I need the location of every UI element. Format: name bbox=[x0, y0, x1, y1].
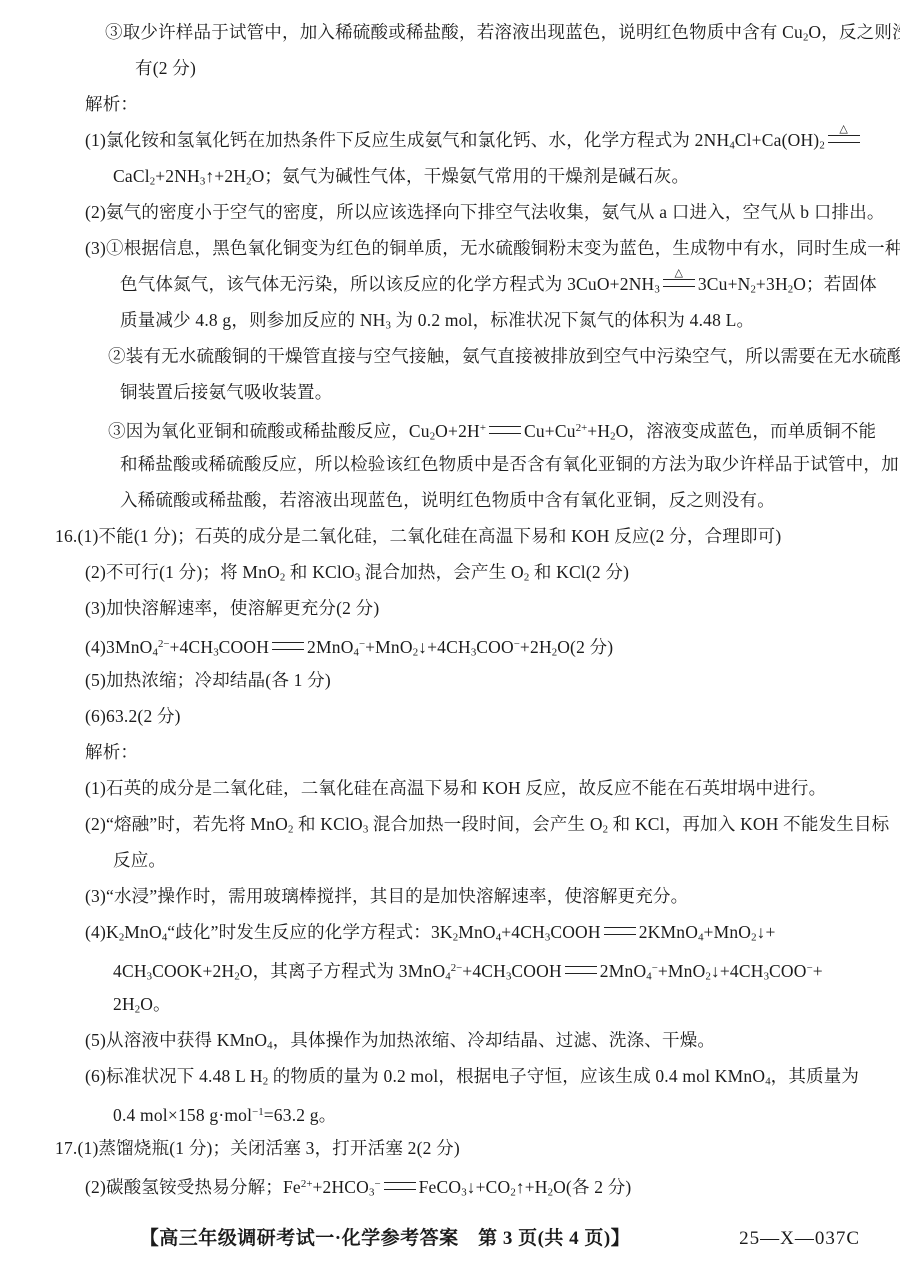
answer-line-3: 解析： bbox=[0, 86, 900, 122]
answer-line-2: 有(2 分) bbox=[0, 50, 900, 86]
page-footer: 【高三年级调研考试一·化学参考答案 第 3 页(共 4 页)】 25—X—037… bbox=[0, 1226, 900, 1252]
answer-sheet-page: ③取少许样品于试管中，加入稀硫酸或稀盐酸，若溶液出现蓝色，说明红色物质中含有 C… bbox=[0, 0, 900, 1272]
answer-line-18: (4)3MnO42−+4CH3COOH2MnO4−+MnO2↓+4CH3COO−… bbox=[0, 626, 900, 662]
answer-line-32: 17.(1)蒸馏烧瓶(1 分)；关闭活塞 3，打开活塞 2(2 分) bbox=[0, 1130, 900, 1166]
triangle-heat-icon: △ bbox=[839, 124, 848, 135]
answer-line-21: 解析： bbox=[0, 734, 900, 770]
heated-equals-icon: △ bbox=[663, 279, 695, 287]
answer-line-31: 0.4 mol×158 g·mol−1=63.2 g。 bbox=[0, 1094, 900, 1130]
answer-line-12: ③因为氧化亚铜和硫酸或稀盐酸反应，Cu2O+2H+Cu+Cu2++H2O，溶液变… bbox=[0, 410, 900, 446]
footer-title: 【高三年级调研考试一·化学参考答案 第 3 页(共 4 页)】 bbox=[0, 1226, 770, 1252]
answer-line-5: CaCl2+2NH3↑+2H2O；氨气为碱性气体，干燥氨气常用的干燥剂是碱石灰。 bbox=[0, 158, 900, 194]
answer-line-7: (3)①根据信息，黑色氧化铜变为红色的铜单质，无水硫酸铜粉末变为蓝色，生成物中有… bbox=[0, 230, 900, 266]
double-equals-icon bbox=[272, 642, 304, 650]
answer-line-15: 16.(1)不能(1 分)；石英的成分是二氧化硅，二氧化硅在高温下易和 KOH … bbox=[0, 518, 900, 554]
heated-equals-icon: △ bbox=[828, 135, 860, 143]
answer-line-25: (3)“水浸”操作时，需用玻璃棒搅拌，其目的是加快溶解速率，使溶解更充分。 bbox=[0, 878, 900, 914]
answer-line-20: (6)63.2(2 分) bbox=[0, 698, 900, 734]
answer-line-8: 色气体氮气，该气体无污染，所以该反应的化学方程式为 3CuO+2NH3△3Cu+… bbox=[0, 266, 900, 302]
answer-line-6: (2)氨气的密度小于空气的密度，所以应该选择向下排空气法收集，氨气从 a 口进入… bbox=[0, 194, 900, 230]
footer-paper-code: 25—X—037C bbox=[739, 1226, 860, 1252]
double-equals-icon bbox=[384, 1182, 416, 1190]
answer-line-28: 2H2O。 bbox=[0, 986, 900, 1022]
answer-line-17: (3)加快溶解速率，使溶解更充分(2 分) bbox=[0, 590, 900, 626]
answer-line-4: (1)氯化铵和氢氧化钙在加热条件下反应生成氨气和氯化钙、水，化学方程式为 2NH… bbox=[0, 122, 900, 158]
answer-line-11: 铜装置后接氨气吸收装置。 bbox=[0, 374, 900, 410]
triangle-heat-icon: △ bbox=[674, 268, 683, 279]
answer-line-13: 和稀盐酸或稀硫酸反应，所以检验该红色物质中是否含有氧化亚铜的方法为取少许样品于试… bbox=[0, 446, 900, 482]
answer-line-27: 4CH3COOK+2H2O，其离子方程式为 3MnO42−+4CH3COOH2M… bbox=[0, 950, 900, 986]
answer-line-33: (2)碳酸氢铵受热易分解；Fe2++2HCO3−FeCO3↓+CO2↑+H2O(… bbox=[0, 1166, 900, 1202]
answer-lines-container: ③取少许样品于试管中，加入稀硫酸或稀盐酸，若溶液出现蓝色，说明红色物质中含有 C… bbox=[0, 14, 900, 1202]
answer-line-16: (2)不可行(1 分)；将 MnO2 和 KClO3 混合加热，会产生 O2 和… bbox=[0, 554, 900, 590]
double-equals-icon bbox=[604, 927, 636, 935]
answer-line-10: ②装有无水硫酸铜的干燥管直接与空气接触，氨气直接被排放到空气中污染空气，所以需要… bbox=[0, 338, 900, 374]
answer-line-26: (4)K2MnO4“歧化”时发生反应的化学方程式：3K2MnO4+4CH3COO… bbox=[0, 914, 900, 950]
answer-line-22: (1)石英的成分是二氧化硅，二氧化硅在高温下易和 KOH 反应，故反应不能在石英… bbox=[0, 770, 900, 806]
answer-line-29: (5)从溶液中获得 KMnO4，具体操作为加热浓缩、冷却结晶、过滤、洗涤、干燥。 bbox=[0, 1022, 900, 1058]
answer-line-30: (6)标准状况下 4.48 L H2 的物质的量为 0.2 mol，根据电子守恒… bbox=[0, 1058, 900, 1094]
double-equals-icon bbox=[565, 966, 597, 974]
answer-line-23: (2)“熔融”时，若先将 MnO2 和 KClO3 混合加热一段时间，会产生 O… bbox=[0, 806, 900, 842]
answer-line-24: 反应。 bbox=[0, 842, 900, 878]
answer-line-1: ③取少许样品于试管中，加入稀硫酸或稀盐酸，若溶液出现蓝色，说明红色物质中含有 C… bbox=[0, 14, 900, 50]
answer-line-14: 入稀硫酸或稀盐酸，若溶液出现蓝色，说明红色物质中含有氧化亚铜，反之则没有。 bbox=[0, 482, 900, 518]
answer-line-9: 质量减少 4.8 g，则参加反应的 NH3 为 0.2 mol，标准状况下氮气的… bbox=[0, 302, 900, 338]
double-equals-icon bbox=[489, 426, 521, 434]
answer-line-19: (5)加热浓缩；冷却结晶(各 1 分) bbox=[0, 662, 900, 698]
